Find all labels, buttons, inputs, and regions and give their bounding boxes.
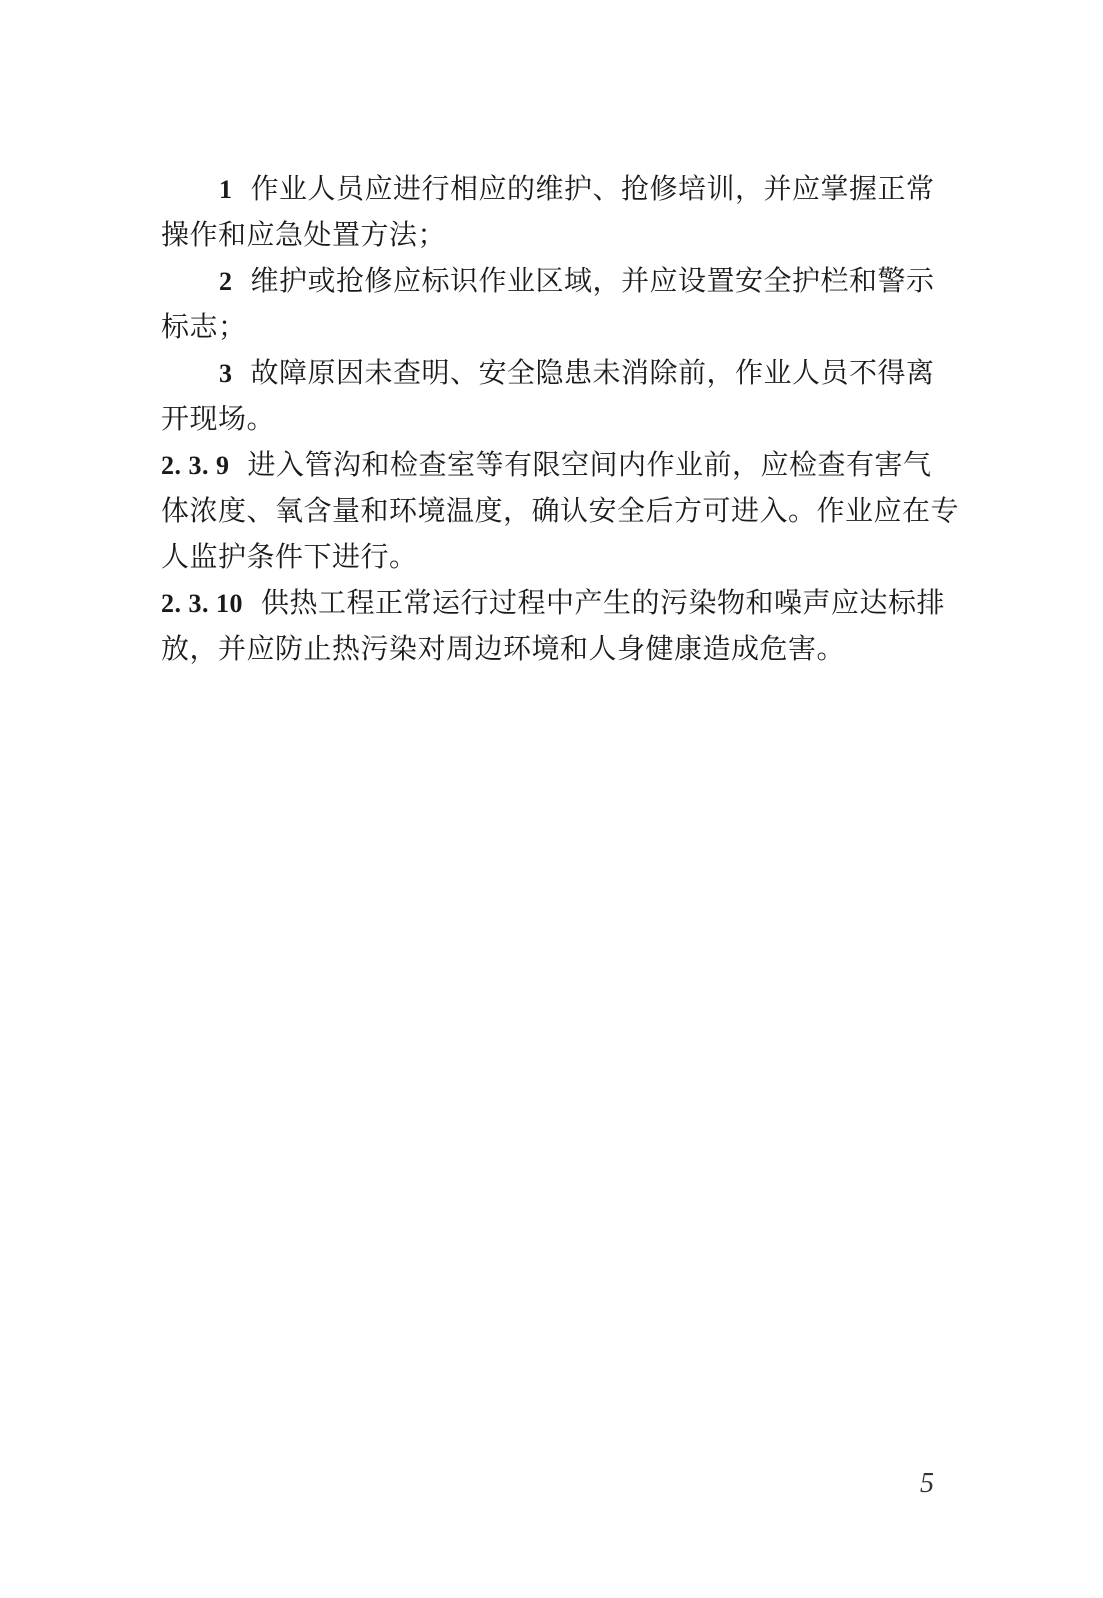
- clause-2-3-9: 2. 3. 9进入管沟和检查室等有限空间内作业前，应检查有害气: [161, 442, 961, 488]
- list-item-1: 1作业人员应进行相应的维护、抢修培训，并应掌握正常: [161, 166, 961, 212]
- list-item-3: 3故障原因未查明、安全隐患未消除前，作业人员不得离: [161, 350, 961, 396]
- clause-text: 进入管沟和检查室等有限空间内作业前，应检查有害气: [248, 448, 932, 481]
- clause-2-3-10: 2. 3. 10供热工程正常运行过程中产生的污染物和噪声应达标排: [161, 580, 961, 626]
- list-item-text: 维护或抢修应标识作业区域，并应设置安全护栏和警示: [251, 264, 935, 297]
- document-body: 1作业人员应进行相应的维护、抢修培训，并应掌握正常 操作和应急处置方法； 2维护…: [161, 166, 961, 672]
- clause-2-3-10-line2: 放，并应防止热污染对周边环境和人身健康造成危害。: [161, 626, 961, 672]
- clause-number: 2. 3. 10: [161, 589, 243, 618]
- clause-2-3-9-line3: 人监护条件下进行。: [161, 534, 961, 580]
- list-item-2: 2维护或抢修应标识作业区域，并应设置安全护栏和警示: [161, 258, 961, 304]
- clause-number: 2. 3. 9: [161, 451, 230, 480]
- page-number: 5: [920, 1468, 934, 1500]
- list-item-1-continued: 操作和应急处置方法；: [161, 212, 961, 258]
- clause-text: 供热工程正常运行过程中产生的污染物和噪声应达标排: [261, 586, 945, 619]
- list-item-text: 故障原因未查明、安全隐患未消除前，作业人员不得离: [251, 356, 935, 389]
- list-item-3-continued: 开现场。: [161, 396, 961, 442]
- list-item-text: 作业人员应进行相应的维护、抢修培训，并应掌握正常: [251, 172, 935, 205]
- list-item-number: 2: [219, 267, 233, 296]
- list-item-2-continued: 标志；: [161, 304, 961, 350]
- list-item-number: 1: [219, 175, 233, 204]
- list-item-number: 3: [219, 359, 233, 388]
- clause-2-3-9-line2: 体浓度、氧含量和环境温度，确认安全后方可进入。作业应在专: [161, 488, 961, 534]
